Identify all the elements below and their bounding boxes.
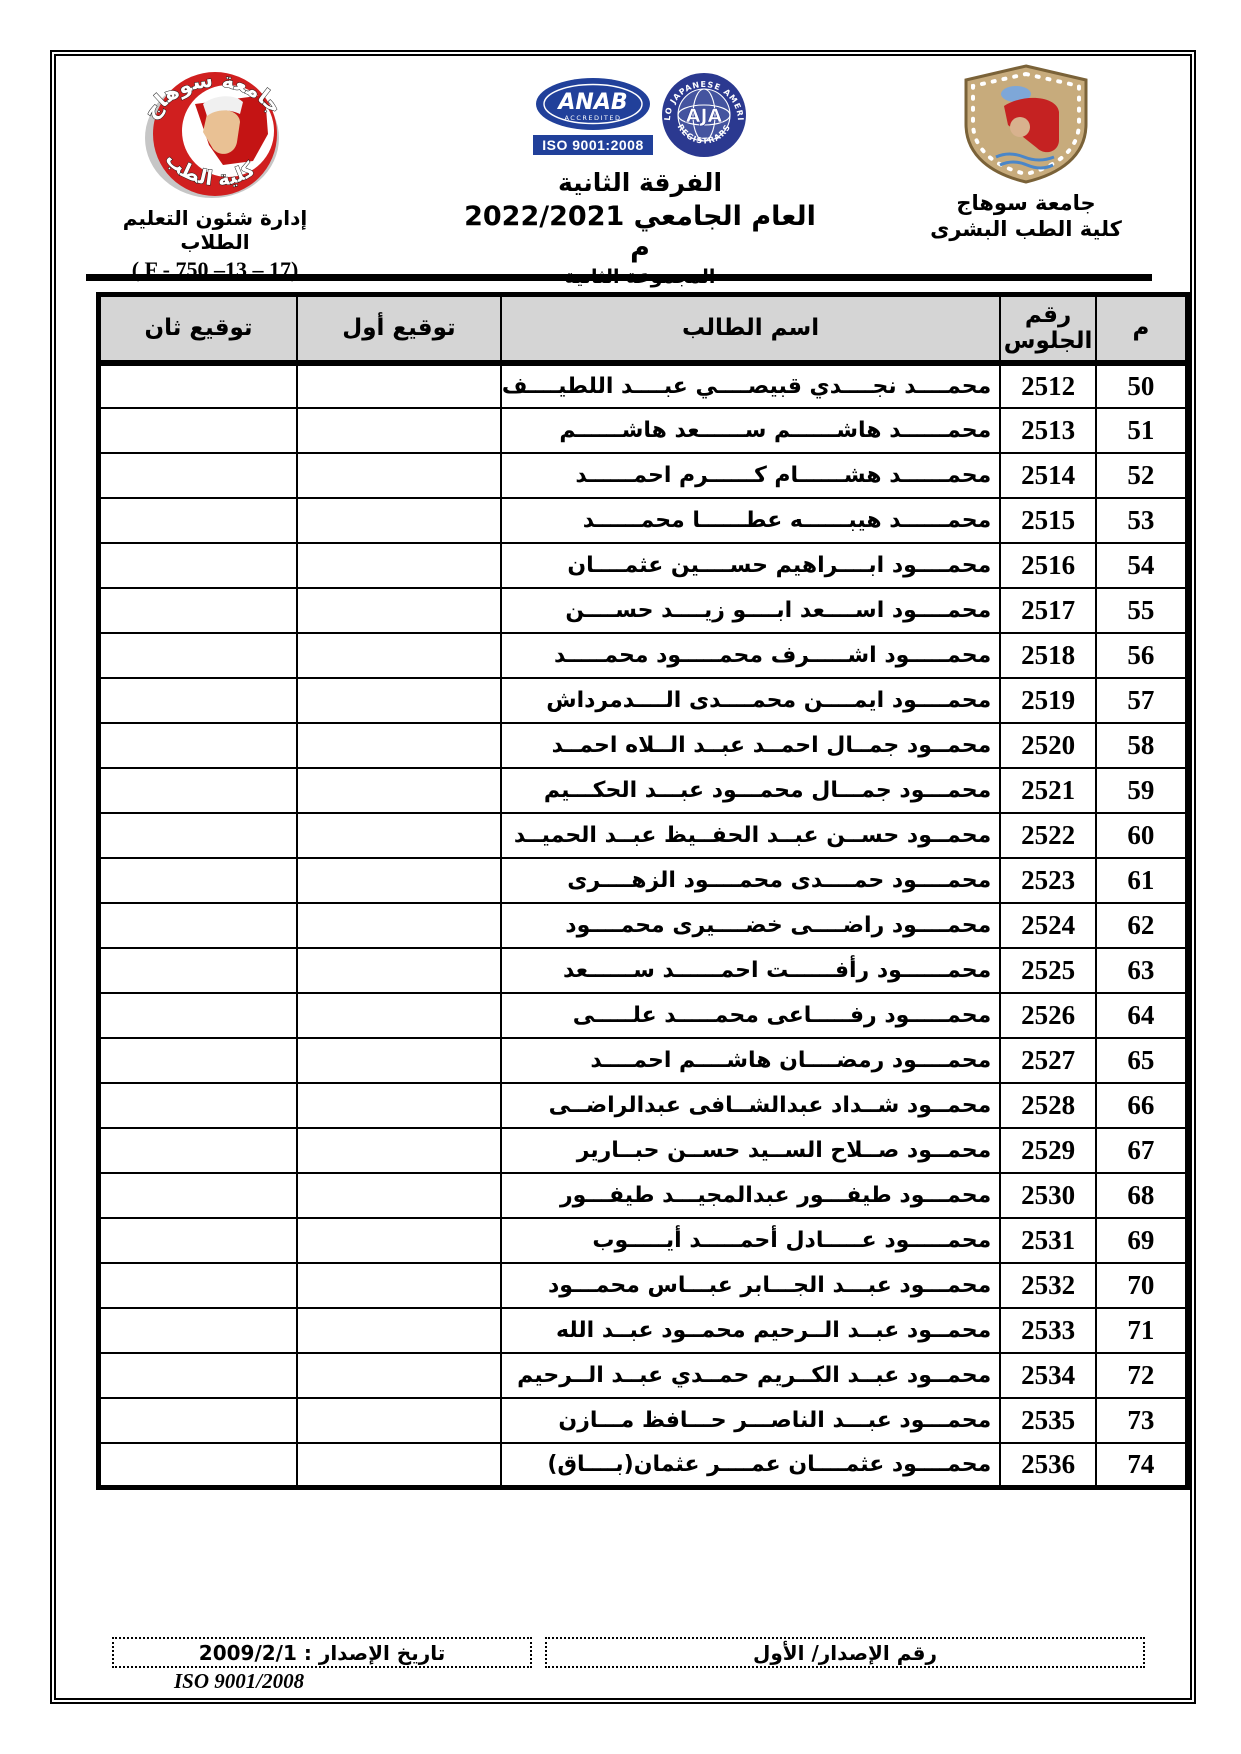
row-student-name-cell: محمـــــود عـــــادل أحمـــــد أيـــــوب xyxy=(501,1218,1000,1263)
row-student-name-cell: محمــــــود رأفــــــت احمــــــد ســـــ… xyxy=(501,948,1000,993)
row-index-cell: 56 xyxy=(1096,633,1188,678)
row-seat-number-cell: 2520 xyxy=(1000,723,1096,768)
student-row: 68 2530 محمـــود طيفـــور عبدالمجيـــد ط… xyxy=(99,1173,1188,1218)
row-seat-number-cell: 2523 xyxy=(1000,858,1096,903)
row-seat-number-cell: 2528 xyxy=(1000,1083,1096,1128)
student-row: 56 2518 محمـــــود اشـــــرف محمـــــود … xyxy=(99,633,1188,678)
row-student-name-cell: محمــــود رمضــــان هاشــــم احمــــد xyxy=(501,1038,1000,1083)
row-first-signature-cell xyxy=(297,1038,501,1083)
row-seat-number-cell: 2534 xyxy=(1000,1353,1096,1398)
row-seat-number-cell: 2517 xyxy=(1000,588,1096,633)
row-second-signature-cell xyxy=(99,453,298,498)
row-seat-number-cell: 2513 xyxy=(1000,408,1096,453)
row-student-name-cell: محمــــود راضــــى خضــــيرى محمــــود xyxy=(501,903,1000,948)
row-index-cell: 50 xyxy=(1096,363,1188,408)
grade-title: الفرقة الثانية xyxy=(460,168,820,197)
anab-accredited-label: ACCREDITED xyxy=(564,114,621,122)
student-row: 51 2513 محمــــــد هاشــــــم ســــــعد … xyxy=(99,408,1188,453)
university-name-label: جامعة سوهاج xyxy=(926,190,1126,216)
row-seat-number-cell: 2514 xyxy=(1000,453,1096,498)
row-student-name-cell: محمـــود عبـــد الناصـــر حـــافظ مـــاز… xyxy=(501,1398,1000,1443)
row-second-signature-cell xyxy=(99,588,298,633)
row-first-signature-cell xyxy=(297,1083,501,1128)
iso-standard-label: ISO 9001/2008 xyxy=(174,1669,304,1694)
row-second-signature-cell xyxy=(99,633,298,678)
row-first-signature-cell xyxy=(297,948,501,993)
row-second-signature-cell xyxy=(99,993,298,1038)
row-student-name-cell: محمــــود حمــــدى محمــــود الزهــــرى xyxy=(501,858,1000,903)
student-row: 61 2523 محمــــود حمــــدى محمــــود الز… xyxy=(99,858,1188,903)
row-student-name-cell: محمـــود جمـــال محمـــود عبـــد الحكـــ… xyxy=(501,768,1000,813)
shield-face-shape xyxy=(1010,117,1030,137)
row-seat-number-cell: 2515 xyxy=(1000,498,1096,543)
anab-label: ANAB xyxy=(556,90,627,115)
row-second-signature-cell xyxy=(99,1308,298,1353)
faculty-crescent-logo-icon: جامعة سوهاج كلية الطب xyxy=(115,68,315,200)
row-second-signature-cell xyxy=(99,363,298,408)
student-table-body: 50 2512 محمــــد نجــــدي قبيصــــي عبــ… xyxy=(99,363,1188,1488)
row-first-signature-cell xyxy=(297,633,501,678)
student-row: 72 2534 محمــود عبــد الكــريم حمــدي عب… xyxy=(99,1353,1188,1398)
row-first-signature-cell xyxy=(297,1263,501,1308)
row-student-name-cell: محمــــود ابــــراهيم حســــين عثمــــان xyxy=(501,543,1000,588)
student-row: 73 2535 محمـــود عبـــد الناصـــر حـــاف… xyxy=(99,1398,1188,1443)
row-index-cell: 59 xyxy=(1096,768,1188,813)
student-row: 70 2532 محمـــود عبـــد الجـــابر عبـــا… xyxy=(99,1263,1188,1308)
column-header-seat-number: رقم الجلوس xyxy=(1000,295,1096,363)
row-first-signature-cell xyxy=(297,1308,501,1353)
row-seat-number-cell: 2524 xyxy=(1000,903,1096,948)
row-first-signature-cell xyxy=(297,408,501,453)
row-student-name-cell: محمــــــد هاشــــــم ســــــعد هاشـــــ… xyxy=(501,408,1000,453)
row-first-signature-cell xyxy=(297,1128,501,1173)
row-seat-number-cell: 2512 xyxy=(1000,363,1096,408)
row-first-signature-cell xyxy=(297,768,501,813)
row-first-signature-cell xyxy=(297,723,501,768)
row-second-signature-cell xyxy=(99,1353,298,1398)
anab-logo-block: ANAB ACCREDITED ISO 9001:2008 xyxy=(533,76,652,155)
student-education-dept-label: إدارة شئون التعليم الطلاب xyxy=(100,206,330,254)
row-student-name-cell: محمـــود عبـــد الجـــابر عبـــاس محمـــ… xyxy=(501,1263,1000,1308)
row-seat-number-cell: 2535 xyxy=(1000,1398,1096,1443)
row-seat-number-cell: 2519 xyxy=(1000,678,1096,723)
row-index-cell: 58 xyxy=(1096,723,1188,768)
row-first-signature-cell xyxy=(297,1173,501,1218)
row-index-cell: 52 xyxy=(1096,453,1188,498)
row-first-signature-cell xyxy=(297,1443,501,1488)
row-seat-number-cell: 2527 xyxy=(1000,1038,1096,1083)
row-seat-number-cell: 2526 xyxy=(1000,993,1096,1038)
row-index-cell: 67 xyxy=(1096,1128,1188,1173)
aja-center-label: AJA xyxy=(685,105,722,127)
column-header-index: م xyxy=(1096,295,1188,363)
row-second-signature-cell xyxy=(99,723,298,768)
student-row: 62 2524 محمــــود راضــــى خضــــيرى محم… xyxy=(99,903,1188,948)
row-seat-number-cell: 2531 xyxy=(1000,1218,1096,1263)
row-second-signature-cell xyxy=(99,678,298,723)
student-row: 64 2526 محمـــــود رفـــــاعى محمـــــد … xyxy=(99,993,1188,1038)
row-first-signature-cell xyxy=(297,498,501,543)
row-student-name-cell: محمــود جمــال احمــد عبــد الــلاه احمـ… xyxy=(501,723,1000,768)
row-index-cell: 69 xyxy=(1096,1218,1188,1263)
row-index-cell: 53 xyxy=(1096,498,1188,543)
row-index-cell: 64 xyxy=(1096,993,1188,1038)
row-index-cell: 60 xyxy=(1096,813,1188,858)
row-student-name-cell: محمـــــود اشـــــرف محمـــــود محمـــــ… xyxy=(501,633,1000,678)
row-seat-number-cell: 2525 xyxy=(1000,948,1096,993)
row-index-cell: 70 xyxy=(1096,1263,1188,1308)
row-student-name-cell: محمــــد نجــــدي قبيصــــي عبــــد اللط… xyxy=(501,363,1000,408)
row-second-signature-cell xyxy=(99,903,298,948)
row-index-cell: 57 xyxy=(1096,678,1188,723)
row-second-signature-cell xyxy=(99,1218,298,1263)
student-row: 63 2525 محمــــــود رأفــــــت احمــــــ… xyxy=(99,948,1188,993)
iso-9001-badge: ISO 9001:2008 xyxy=(533,135,652,155)
issue-date-box: تاريخ الإصدار : 2009/2/1 xyxy=(112,1637,532,1668)
row-seat-number-cell: 2518 xyxy=(1000,633,1096,678)
row-first-signature-cell xyxy=(297,588,501,633)
row-first-signature-cell xyxy=(297,903,501,948)
row-second-signature-cell xyxy=(99,1083,298,1128)
row-student-name-cell: محمــود حســن عبــد الحفــيظ عبــد الحمي… xyxy=(501,813,1000,858)
row-second-signature-cell xyxy=(99,1398,298,1443)
row-second-signature-cell xyxy=(99,1038,298,1083)
accreditation-logos: ANAB ACCREDITED ISO 9001:2008 A xyxy=(460,72,820,158)
row-first-signature-cell xyxy=(297,993,501,1038)
table-header-row: م رقم الجلوس اسم الطالب توقيع أول توقيع … xyxy=(99,295,1188,363)
aja-registrars-logo-icon: ANGLO JAPANESE AMERICAN REGISTRARS AJA xyxy=(661,72,747,158)
row-second-signature-cell xyxy=(99,948,298,993)
header-left-block: جامعة سوهاج كلية الطب إدارة شئون التعليم… xyxy=(100,68,330,283)
row-index-cell: 55 xyxy=(1096,588,1188,633)
row-student-name-cell: محمــــود ايمــــن محمــــدى الــــدمردا… xyxy=(501,678,1000,723)
column-header-first-signature: توقيع أول xyxy=(297,295,501,363)
student-row: 53 2515 محمــــــد هيبــــــه عطــــــا … xyxy=(99,498,1188,543)
row-student-name-cell: محمــــــد هيبــــــه عطــــــا محمـــــ… xyxy=(501,498,1000,543)
row-seat-number-cell: 2536 xyxy=(1000,1443,1096,1488)
row-second-signature-cell xyxy=(99,1128,298,1173)
row-index-cell: 74 xyxy=(1096,1443,1188,1488)
column-header-second-signature: توقيع ثان xyxy=(99,295,298,363)
student-row: 66 2528 محمــود شــداد عبدالشــافى عبدال… xyxy=(99,1083,1188,1128)
row-second-signature-cell xyxy=(99,498,298,543)
student-row: 67 2529 محمــود صــلاح الســيد حســن حبـ… xyxy=(99,1128,1188,1173)
row-student-name-cell: محمــود عبــد الكــريم حمــدي عبــد الــ… xyxy=(501,1353,1000,1398)
page-border-frame: جامعة سوهاج كلية الطب إدارة شئون التعليم… xyxy=(50,50,1196,1704)
header-center-block: ANAB ACCREDITED ISO 9001:2008 A xyxy=(460,72,820,288)
faculty-name-label: كلية الطب البشرى xyxy=(926,216,1126,242)
row-index-cell: 62 xyxy=(1096,903,1188,948)
row-seat-number-cell: 2522 xyxy=(1000,813,1096,858)
row-second-signature-cell xyxy=(99,858,298,903)
row-first-signature-cell xyxy=(297,363,501,408)
student-row: 69 2531 محمـــــود عـــــادل أحمـــــد أ… xyxy=(99,1218,1188,1263)
student-row: 60 2522 محمــود حســن عبــد الحفــيظ عبـ… xyxy=(99,813,1188,858)
row-first-signature-cell xyxy=(297,813,501,858)
row-index-cell: 65 xyxy=(1096,1038,1188,1083)
row-seat-number-cell: 2529 xyxy=(1000,1128,1096,1173)
row-index-cell: 63 xyxy=(1096,948,1188,993)
row-seat-number-cell: 2530 xyxy=(1000,1173,1096,1218)
student-row: 57 2519 محمــــود ايمــــن محمــــدى الـ… xyxy=(99,678,1188,723)
student-row: 55 2517 محمــــود اســــعد ابــــو زيـــ… xyxy=(99,588,1188,633)
row-student-name-cell: محمــود عبــد الــرحيم محمــود عبــد الل… xyxy=(501,1308,1000,1353)
row-student-name-cell: محمــــــد هشــــــام كــــــرم احمـــــ… xyxy=(501,453,1000,498)
row-seat-number-cell: 2533 xyxy=(1000,1308,1096,1353)
row-index-cell: 72 xyxy=(1096,1353,1188,1398)
row-seat-number-cell: 2521 xyxy=(1000,768,1096,813)
row-student-name-cell: محمــــود اســــعد ابــــو زيــــد حســـ… xyxy=(501,588,1000,633)
student-row: 52 2514 محمــــــد هشــــــام كــــــرم … xyxy=(99,453,1188,498)
row-second-signature-cell xyxy=(99,768,298,813)
row-second-signature-cell xyxy=(99,1263,298,1308)
header-right-block: جامعة سوهاج كلية الطب البشرى xyxy=(926,62,1126,243)
row-index-cell: 68 xyxy=(1096,1173,1188,1218)
row-second-signature-cell xyxy=(99,408,298,453)
header-divider-rule xyxy=(86,274,1152,281)
row-index-cell: 51 xyxy=(1096,408,1188,453)
row-index-cell: 61 xyxy=(1096,858,1188,903)
row-index-cell: 54 xyxy=(1096,543,1188,588)
row-seat-number-cell: 2532 xyxy=(1000,1263,1096,1308)
row-student-name-cell: محمــود صــلاح الســيد حســن حبــارير xyxy=(501,1128,1000,1173)
student-row: 71 2533 محمــود عبــد الــرحيم محمــود ع… xyxy=(99,1308,1188,1353)
student-row: 59 2521 محمـــود جمـــال محمـــود عبـــد… xyxy=(99,768,1188,813)
row-first-signature-cell xyxy=(297,1218,501,1263)
student-row: 58 2520 محمــود جمــال احمــد عبــد الــ… xyxy=(99,723,1188,768)
row-first-signature-cell xyxy=(297,858,501,903)
student-row: 50 2512 محمــــد نجــــدي قبيصــــي عبــ… xyxy=(99,363,1188,408)
academic-year-title: العام الجامعي 2022/2021 م xyxy=(460,201,820,263)
issue-number-box: رقم الإصدار/ الأول xyxy=(545,1637,1145,1668)
row-second-signature-cell xyxy=(99,813,298,858)
students-signature-table: م رقم الجلوس اسم الطالب توقيع أول توقيع … xyxy=(96,292,1190,1490)
row-index-cell: 66 xyxy=(1096,1083,1188,1128)
row-index-cell: 73 xyxy=(1096,1398,1188,1443)
row-student-name-cell: محمــــود عثمــــان عمــــر عثمان(بــــا… xyxy=(501,1443,1000,1488)
row-first-signature-cell xyxy=(297,1353,501,1398)
row-index-cell: 71 xyxy=(1096,1308,1188,1353)
row-first-signature-cell xyxy=(297,453,501,498)
student-row: 65 2527 محمــــود رمضــــان هاشــــم احم… xyxy=(99,1038,1188,1083)
anab-logo-icon: ANAB ACCREDITED xyxy=(534,76,652,132)
column-header-student-name: اسم الطالب xyxy=(501,295,1000,363)
row-first-signature-cell xyxy=(297,678,501,723)
row-second-signature-cell xyxy=(99,543,298,588)
row-seat-number-cell: 2516 xyxy=(1000,543,1096,588)
row-student-name-cell: محمـــــود رفـــــاعى محمـــــد علـــــى xyxy=(501,993,1000,1038)
row-student-name-cell: محمـــود طيفـــور عبدالمجيـــد طيفـــور xyxy=(501,1173,1000,1218)
student-row: 74 2536 محمــــود عثمــــان عمــــر عثما… xyxy=(99,1443,1188,1488)
row-first-signature-cell xyxy=(297,543,501,588)
row-first-signature-cell xyxy=(297,1398,501,1443)
row-second-signature-cell xyxy=(99,1443,298,1488)
row-second-signature-cell xyxy=(99,1173,298,1218)
student-row: 54 2516 محمــــود ابــــراهيم حســــين ع… xyxy=(99,543,1188,588)
row-student-name-cell: محمــود شــداد عبدالشــافى عبدالراضــى xyxy=(501,1083,1000,1128)
sohag-university-shield-logo-icon xyxy=(952,62,1100,186)
